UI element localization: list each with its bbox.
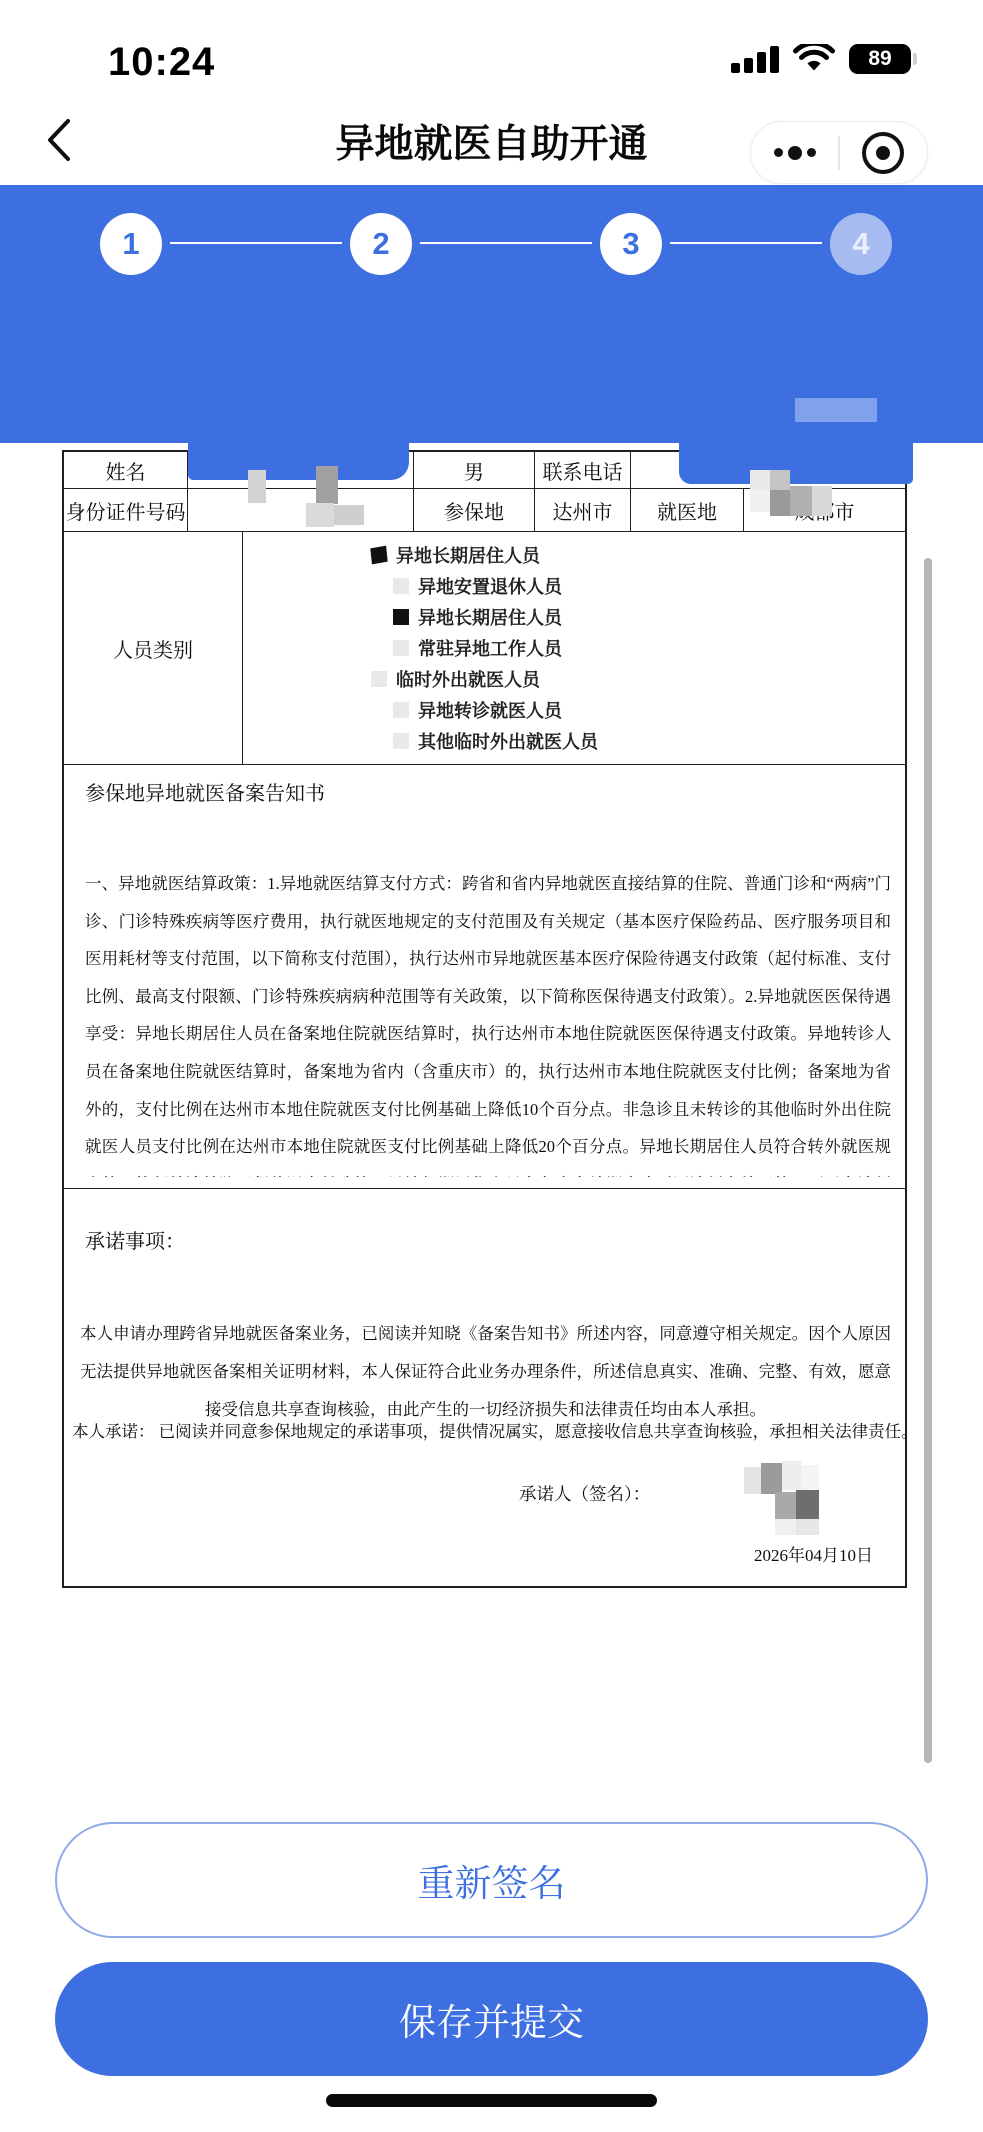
checkbox-empty-icon bbox=[393, 733, 409, 749]
home-indicator[interactable] bbox=[326, 2094, 657, 2107]
resign-button[interactable]: 重新签名 bbox=[55, 1822, 928, 1938]
checkbox-option[interactable]: 异地长期居住人员 bbox=[243, 540, 905, 571]
promise-title: 承诺事项： bbox=[85, 1225, 185, 1254]
step-connector bbox=[170, 242, 342, 244]
redaction-overlay bbox=[795, 398, 877, 422]
id-label: 身份证件号码 bbox=[64, 489, 188, 531]
step-connector bbox=[420, 242, 592, 244]
name-label: 姓名 bbox=[64, 452, 188, 488]
checkbox-checked-icon bbox=[370, 546, 387, 565]
signature-date: 2026年04月10日 bbox=[754, 1541, 873, 1566]
checkbox-option[interactable]: 异地安置退休人员 bbox=[243, 571, 905, 602]
status-bar: 10:24 89 bbox=[0, 0, 983, 95]
person-category-label: 人员类别 bbox=[64, 532, 243, 764]
step-1-circle: 1 bbox=[100, 213, 162, 275]
save-submit-button[interactable]: 保存并提交 bbox=[55, 1962, 928, 2076]
step-2-circle: 2 bbox=[350, 213, 412, 275]
cellular-signal-icon bbox=[731, 45, 779, 73]
checkbox-option[interactable]: 其他临时外出就医人员 bbox=[243, 726, 905, 757]
phone-label: 联系电话 bbox=[535, 452, 631, 488]
checkbox-option[interactable]: 常驻异地工作人员 bbox=[243, 633, 905, 664]
registration-form: 姓名 男 联系电话 身份证件号码 参保地 达州市 就医地 成都市 人员类别 异地… bbox=[62, 450, 907, 1588]
battery-icon: 89 bbox=[849, 44, 911, 74]
close-circle-icon[interactable] bbox=[840, 122, 927, 183]
checkbox-checked-icon bbox=[393, 609, 409, 625]
step-3-circle: 3 bbox=[600, 213, 662, 275]
insured-place-label: 参保地 bbox=[414, 489, 535, 531]
more-icon[interactable] bbox=[751, 122, 838, 183]
checkbox-empty-icon bbox=[371, 671, 387, 687]
checkbox-option[interactable]: 临时外出就医人员 bbox=[243, 664, 905, 695]
person-category-options: 异地长期居住人员 异地安置退休人员 异地长期居住人员 常驻异地工作人员 临时外出… bbox=[243, 532, 905, 764]
person-category-row: 人员类别 异地长期居住人员 异地安置退休人员 异地长期居住人员 常驻异地工作人员… bbox=[64, 532, 905, 765]
promise-body: 本人申请办理跨省异地就医备案业务，已阅读并知晓《备案告知书》所述内容，同意遵守相… bbox=[80, 1315, 891, 1429]
scrollbar-thumb[interactable] bbox=[924, 558, 932, 1763]
notice-section: 参保地异地就医备案告知书 一、异地就医结算政策：1.异地就医结算支付方式：跨省和… bbox=[64, 765, 905, 1189]
battery-percent: 89 bbox=[868, 47, 891, 71]
treatment-place-label: 就医地 bbox=[631, 489, 744, 531]
notice-title: 参保地异地就医备案告知书 bbox=[85, 777, 325, 806]
checkbox-empty-icon bbox=[393, 578, 409, 594]
phone-redaction-mosaic bbox=[750, 470, 842, 528]
clock: 10:24 bbox=[108, 40, 215, 85]
step-4-circle: 4 bbox=[830, 213, 892, 275]
insured-place-value: 达州市 bbox=[535, 489, 631, 531]
personal-commitment: 本人承诺： 已阅读并同意参保地规定的承诺事项，提供情况属实，愿意接收信息共享查询… bbox=[72, 1417, 899, 1447]
step-connector bbox=[670, 242, 822, 244]
wifi-icon bbox=[793, 44, 835, 74]
checkbox-option[interactable]: 异地长期居住人员 bbox=[243, 602, 905, 633]
step-progress-bar: 1 2 3 4 备案方式 备案告知书 备案材料 等待结果 bbox=[0, 185, 983, 443]
signature-redaction-mosaic bbox=[744, 1461, 844, 1537]
checkbox-empty-icon bbox=[393, 702, 409, 718]
checkbox-empty-icon bbox=[393, 640, 409, 656]
notice-body: 一、异地就医结算政策：1.异地就医结算支付方式：跨省和省内异地就医直接结算的住院… bbox=[85, 865, 891, 1177]
nav-bar: 异地就医自助开通 bbox=[0, 95, 983, 185]
signer-label: 承诺人（签名）： bbox=[519, 1481, 650, 1506]
miniprogram-capsule bbox=[750, 121, 928, 184]
document-scroll-area[interactable]: 姓名 男 联系电话 身份证件号码 参保地 达州市 就医地 成都市 人员类别 异地… bbox=[0, 443, 983, 1822]
id-redaction-mosaic bbox=[306, 501, 368, 529]
gender-value: 男 bbox=[414, 452, 535, 488]
checkbox-option[interactable]: 异地转诊就医人员 bbox=[243, 695, 905, 726]
promise-section: 承诺事项： 本人申请办理跨省异地就医备案业务，已阅读并知晓《备案告知书》所述内容… bbox=[64, 1189, 905, 1586]
